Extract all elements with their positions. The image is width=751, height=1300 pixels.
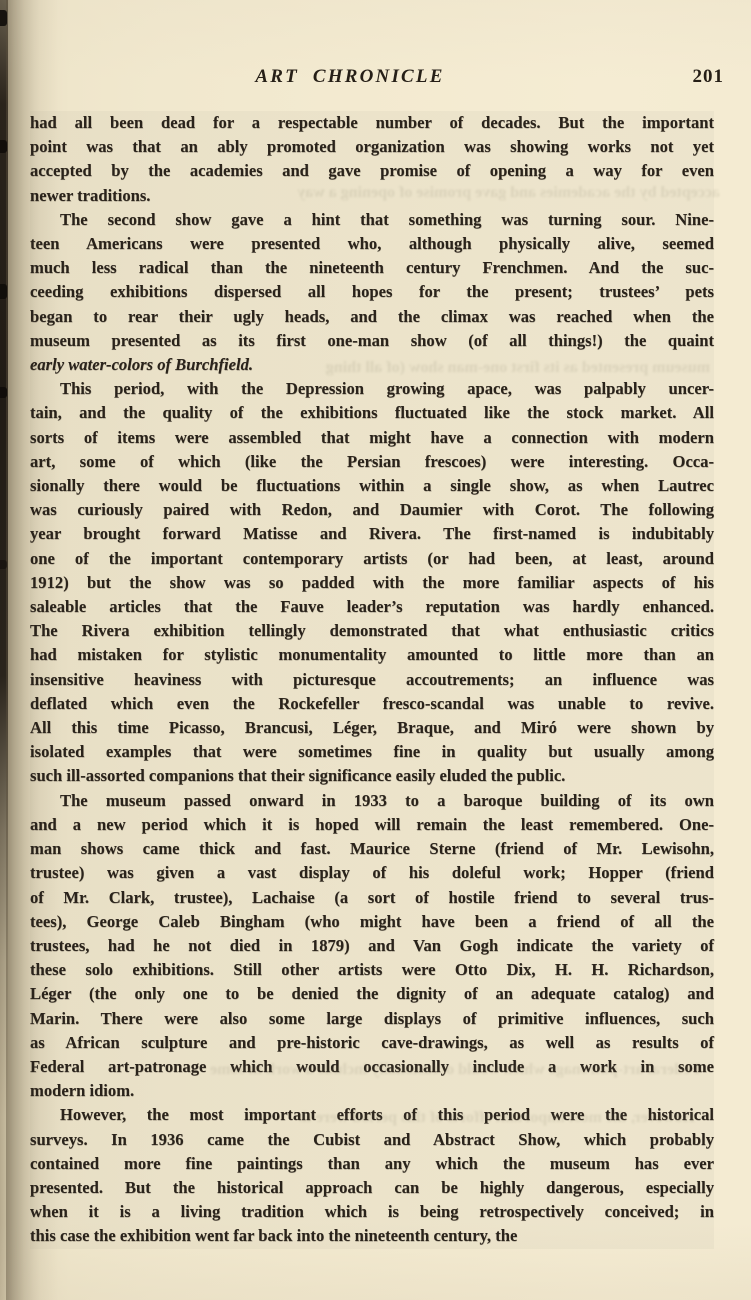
text-line: Federal art-patronage which would occasi… (30, 1055, 714, 1079)
text-line: man shows came thick and fast. Maurice S… (30, 837, 714, 861)
text-line: ceeding exhibitions dispersed all hopes … (30, 280, 714, 304)
text-line: teen Americans were presented who, altho… (30, 232, 714, 256)
binding-mark (0, 140, 7, 153)
text-block: had all been dead for a respectable numb… (30, 111, 714, 1249)
text-line: accepted by the academies and gave promi… (30, 159, 714, 183)
text-line: sorts of items were assembled that might… (30, 426, 714, 450)
text-line: 1912) but the show was so padded with th… (30, 571, 714, 595)
paragraph: The museum passed onward in 1933 to a ba… (30, 789, 714, 1104)
text-line: these solo exhibitions. Still other arti… (30, 958, 714, 982)
binding-mark (0, 10, 7, 26)
running-head-title: ART CHRONICLE (33, 66, 667, 88)
binding-mark (0, 284, 7, 299)
text-line: art, some of which (like the Persian fre… (30, 450, 714, 474)
text-line: as African sculpture and pre-historic ca… (30, 1031, 714, 1055)
binding-mark (0, 387, 7, 398)
text-line: saleable articles that the Fauve leader’… (30, 595, 714, 619)
text-line: early water-colors of Burchfield. (30, 353, 714, 377)
text-line: surveys. In 1936 came the Cubist and Abs… (30, 1128, 714, 1152)
text-line: year brought forward Matisse and Rivera.… (30, 522, 714, 546)
text-line: trustees, had he not died in 1879) and V… (30, 934, 714, 958)
text-line: museum presented as its first one-man sh… (30, 329, 714, 353)
paragraph: However, the most important efforts of t… (30, 1103, 714, 1248)
text-line: much less radical than the nineteenth ce… (30, 256, 714, 280)
text-line: point was that an ably promoted organiza… (30, 135, 714, 159)
text-line: presented. But the historical approach c… (30, 1176, 714, 1200)
text-line: trustee) was given a vast display of his… (30, 861, 714, 885)
text-line: The second show gave a hint that somethi… (30, 208, 714, 232)
text-line: The museum passed onward in 1933 to a ba… (30, 789, 714, 813)
text-line: when it is a living tradition which is b… (30, 1200, 714, 1224)
text-line: one of the important contemporary artist… (30, 547, 714, 571)
text-line: and a new period which it is hoped will … (30, 813, 714, 837)
text-line: Léger (the only one to be denied the dig… (30, 982, 714, 1006)
paragraph: had all been dead for a respectable numb… (30, 111, 714, 208)
text-line: isolated examples that were sometimes fi… (30, 740, 714, 764)
paragraph: This period, with the Depression growing… (30, 377, 714, 788)
text-line: contained more fine paintings than any w… (30, 1152, 714, 1176)
text-line: was curiously paired with Redon, and Dau… (30, 498, 714, 522)
text-line: insensitive heaviness with picturesque a… (30, 668, 714, 692)
text-line: The Rivera exhibition tellingly demonstr… (30, 619, 714, 643)
text-line: Marin. There were also some large displa… (30, 1007, 714, 1031)
text-line: such ill-assorted companions that their … (30, 764, 714, 788)
text-line: had all been dead for a respectable numb… (30, 111, 714, 135)
scanned-book-page: ART CHRONICLE 201 had all been dead for … (0, 0, 751, 1300)
binding-mark (0, 560, 7, 569)
text-line: tain, and the quality of the exhibitions… (30, 401, 714, 425)
text-line: However, the most important efforts of t… (30, 1103, 714, 1127)
page-number: 201 (693, 66, 725, 88)
text-line: This period, with the Depression growing… (30, 377, 714, 401)
text-line: All this time Picasso, Brancusi, Léger, … (30, 716, 714, 740)
paragraph: The second show gave a hint that somethi… (30, 208, 714, 377)
text-line: newer traditions. (30, 184, 714, 208)
text-line: deflated which even the Rockefeller fres… (30, 692, 714, 716)
text-line: tees), George Caleb Bingham (who might h… (30, 910, 714, 934)
text-line: sionally there would be fluctuations wit… (30, 474, 714, 498)
text-line: modern idiom. (30, 1079, 714, 1103)
text-line: of Mr. Clark, trustee), Lachaise (a sort… (30, 886, 714, 910)
text-line: had mistaken for stylistic monumentality… (30, 643, 714, 667)
text-line: began to rear their ugly heads, and the … (30, 305, 714, 329)
text-line: this case the exhibition went far back i… (30, 1224, 714, 1248)
